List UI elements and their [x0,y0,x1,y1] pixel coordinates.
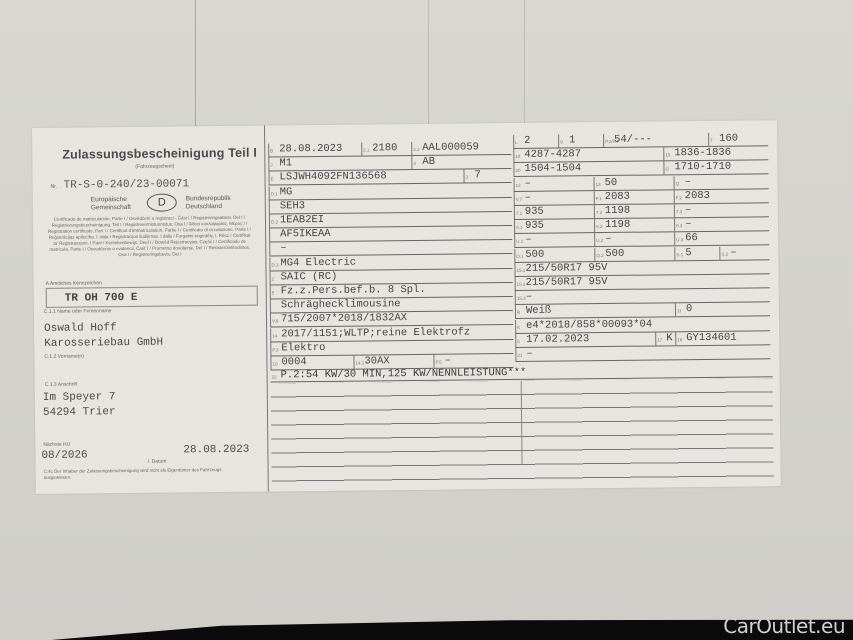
remarks-lines [271,378,774,483]
field-value: 1EAB2EI [280,214,324,226]
field-value: 1710-1710 [674,161,731,174]
field-code: 11 [677,305,682,317]
address-line: Im Speyer 7 [43,390,116,406]
field-code: 20 [515,164,520,176]
field-cell: D.3MG4 Electric [269,255,512,271]
field-cell: 37 [463,169,511,183]
remarks-divider [521,381,523,465]
first-name-label: C.1.2 Vorname(n) [44,353,84,359]
field-code: 7.2 [596,206,602,218]
holder-label: C.1.1 Name oder Firmenname [44,308,112,315]
field-code: P.5 [435,356,441,368]
hu-label: Nächste HU [43,442,70,448]
field-cell: 110 [675,303,770,317]
field-cell: U.1– [514,234,594,248]
field-cell: SEH3 [269,198,512,214]
field-cell: U.2– [594,233,674,247]
field-cell: B28.08.2023 [268,143,361,157]
field-value: 215/50R17 95V [525,262,607,275]
field-code: B [270,144,273,156]
field-code: P.2/P.4 [605,135,619,147]
field-cell: O.2500 [594,247,674,261]
field-code: K [517,320,520,332]
field-cell: F.22083 [674,189,769,203]
field-code: R [517,306,520,318]
field-value: 66 [685,232,698,244]
next-inspection: 08/2026 [41,449,87,461]
field-cell: 5Fz.z.Pers.bef.b. 8 Spl. [270,283,513,299]
field-value: – [280,243,286,255]
field-value: K [666,332,672,344]
field-cell: P.5– [433,354,513,368]
field-cell: 7.21198 [594,204,674,218]
field-cell: 184287-4287 [513,148,663,163]
field-code: 21 [517,349,522,361]
field-code: V.7 [516,193,522,205]
field-value: M1 [279,157,292,169]
field-cell: 8.21198 [594,218,674,232]
field-value: 5 [685,247,691,259]
field-value: 1504-1504 [524,163,581,176]
field-cell: 2SAIC (RC) [270,269,513,285]
carOutlet-watermark: CarOutlet.eu [723,614,845,638]
field-cell: 7.3– [674,203,769,217]
field-value: AB [422,156,435,168]
field-value: 2017/1151;WLTP;reine Elektrofz [281,326,470,340]
field-code: J [270,159,272,171]
field-cell: 4AB [411,155,511,169]
field-cell: V.7– [514,191,594,205]
field-value: 935 [525,220,544,232]
field-cell: D.1MG [269,184,512,200]
address-label: C.1.3 Anschrift [45,382,78,388]
field-value: Weiß [526,305,551,317]
field-code: 17 [657,333,662,345]
field-value: 935 [525,206,544,218]
field-cell: 1350 [594,176,674,190]
field-value: 1 [569,134,575,146]
document-number-value: TR-S-0-240/23-00071 [64,178,190,191]
field-code: T [710,134,713,146]
field-value: AAL000059 [422,141,479,154]
field-cell: 21– [515,345,770,361]
field-value: MG [280,186,293,198]
field-cell: 191836-1836 [663,146,768,160]
field-code: U.3 [676,234,683,246]
field-cell: 201504-1504 [513,162,663,177]
field-value: LSJWH4092FN136568 [279,171,386,184]
field-code: 8.1 [516,221,522,233]
field-cell: RWeiß [515,304,675,319]
field-cell: JM1 [268,156,411,170]
field-value: 1836-1836 [674,147,731,160]
holder-line: Oswald Hoff [44,321,163,337]
holder-panel: Zulassungsbescheinigung Teil I (Fahrzeug… [32,126,269,494]
field-code: 18 [515,150,520,162]
address-line: 54294 Trier [43,405,116,421]
field-cell: 17K [655,332,675,345]
eu-label-line: Gemeinschaft [91,204,131,212]
field-code: 8.3 [676,219,682,231]
field-value: 2 [524,135,530,147]
field-value: Elektro [281,342,325,354]
country-label-line: Bundesrepublik [186,195,231,203]
field-code: E [270,173,273,185]
field-value: 17.02.2023 [526,333,589,346]
field-code: 14.1 [355,357,364,369]
vehicle-fields-left: B28.08.20232.121802.2AAL000059JM14ABELSJ… [268,141,513,144]
field-value: – [685,204,691,216]
field-code: 7.1 [516,207,522,219]
remarks-text: P.2:54 KW/30 MIN,125 KW/NENNLEISTUNG*** [281,367,527,382]
field-cell: S.2– [719,246,769,260]
field-cell: 15.1215/50R17 95V [514,260,769,276]
field-code: 14 [272,329,277,341]
field-cell: 8.3– [674,217,769,231]
field-code: 16 [677,333,682,345]
field-code: U.1 [516,235,523,247]
field-code: D.2 [271,215,278,227]
field-code: 13 [596,178,601,190]
field-code: O.1 [516,249,523,261]
field-value: 215/50R17 95V [526,276,608,289]
field-value: 715/2007*2018/1832AX [281,312,407,325]
field-code: 4 [413,157,416,169]
field-value: 30AX [364,355,389,367]
field-value: – [730,246,736,258]
field-value: AF5IKEAA [280,228,331,241]
field-code: G [665,163,669,175]
field-value: 7 [474,170,480,182]
paper-crease [195,0,196,136]
field-code: 22 [272,370,277,383]
field-cell: G1710-1710 [663,161,768,175]
field-cell: 7.1935 [514,205,594,219]
field-value: 160 [719,133,738,145]
country-label-line: Deutschland [186,203,231,211]
field-value: 1198 [605,205,630,217]
field-value: – [526,291,532,303]
field-cell: Schräghecklimousine [270,297,513,313]
field-cell: 91 [558,134,603,147]
field-cell: U.366 [674,232,769,246]
field-cell: 100004 [270,356,353,370]
field-cell: 16GY134601 [675,331,770,345]
registration-certificate: Zulassungsbescheinigung Teil I (Fahrzeug… [32,120,781,494]
field-value: – [525,234,531,246]
field-value: – [444,355,450,367]
document-number-prefix: Nr. [51,184,57,190]
country-badge-icon: D [147,193,177,211]
field-value: – [605,233,611,245]
field-value: 54/--- [614,134,652,146]
field-code: S.1 [676,248,683,260]
field-code: 6 [517,335,520,347]
field-code: 5 [272,286,275,298]
document-title: Zulassungsbescheinigung Teil I [62,146,257,162]
field-code: V.9 [272,315,278,327]
field-value: 4287-4287 [524,148,581,161]
field-cell: 14.130AX [353,355,433,369]
country-label: Bundesrepublik Deutschland [186,195,231,211]
field-cell: T160 [708,132,768,146]
field-cell: 617.02.2023 [515,332,655,346]
field-code: O.2 [596,249,603,261]
field-value: – [526,348,532,360]
field-code: L [515,136,518,148]
field-code: 2.2 [413,143,419,155]
field-value: 500 [605,247,624,259]
vehicle-fields-right: L291P.2/P.454/---T160184287-4287191836-1… [512,132,771,135]
issue-date: 28.08.2023 [183,444,249,457]
field-value: 50 [605,176,618,188]
field-code: 15.3 [517,292,526,304]
field-cell: F.12083 [594,190,674,204]
multilingual-title: Certificado de matriculación, Parte I / … [47,215,252,259]
date-label: I. Datum [147,459,166,465]
field-code: P.3 [272,343,278,355]
field-cell: 2.12180 [361,142,411,156]
field-code: D.1 [271,187,278,199]
field-code: F.1 [596,192,602,204]
field-value: SEH3 [280,200,305,212]
footer-note: C.4c Der Inhaber der Zulassungsbescheini… [44,467,244,481]
field-value: GY134601 [686,331,737,344]
field-value: e4*2018/858*00093*04 [526,318,652,331]
paper-crease [428,0,429,136]
field-cell: 8.1935 [514,219,594,233]
field-row: 21– [515,345,770,362]
field-cell: Ke4*2018/858*00093*04 [515,317,770,333]
field-cell: V.9715/2007*2018/1832AX [270,311,513,327]
field-value: 500 [525,248,544,260]
field-code: 2 [272,272,275,284]
plate-box: TR OH 700 E [46,286,258,308]
field-value: 0 [686,303,692,315]
field-value: – [685,218,691,230]
field-code: 12 [516,178,521,190]
field-cell: 15.2215/50R17 95V [515,274,770,290]
field-code: 7.3 [676,205,682,217]
field-code: 3 [465,171,468,183]
field-value: – [525,192,531,204]
eu-label: Europäische Gemeinschaft [91,196,131,212]
field-cell: 142017/1151;WLTP;reine Elektrofz [270,326,513,342]
field-code: S.2 [721,247,728,259]
field-cell: O.1500 [514,248,594,262]
field-value: – [685,176,691,188]
field-cell: – [269,240,512,256]
holder-address: Im Speyer 7 54294 Trier [43,390,116,421]
paper-crease [524,0,525,136]
field-code: 10 [272,357,277,369]
field-value: 1198 [605,219,630,231]
field-code: 9 [560,135,563,147]
field-cell: D.21EAB2EI [269,212,512,228]
field-cell: 15.3– [515,288,770,304]
field-value: Fz.z.Pers.bef.b. 8 Spl. [281,284,426,298]
field-value: Schräghecklimousine [281,298,401,311]
field-code: 8.2 [596,220,602,232]
field-value: MG4 Electric [280,256,356,269]
field-code: F.2 [676,191,682,203]
document-number: Nr. TR-S-0-240/23-00071 [51,178,190,191]
field-cell: L2 [513,134,558,147]
field-code: 15.1 [516,264,525,276]
field-cell: Q– [674,175,769,189]
field-cell: S.15 [674,246,719,259]
license-plate: TR OH 700 E [65,292,138,305]
field-cell: ELSJWH4092FN136568 [268,170,463,185]
field-cell: 12– [514,177,594,191]
field-cell: AF5IKEAA [269,226,512,242]
field-value: 0004 [281,356,306,368]
field-value: 28.08.2023 [279,143,342,156]
field-value: 2180 [372,142,397,154]
field-value: SAIC (RC) [281,271,338,284]
holder-line: Karosseriebau GmbH [44,336,163,352]
field-code: D.3 [271,258,278,270]
field-code: 19 [665,149,670,161]
field-value: – [525,177,531,189]
field-code: U.2 [596,234,603,246]
field-value: 2083 [685,190,710,202]
field-code: 2.1 [363,143,369,155]
plate-label: A Amtliches Kennzeichen [46,280,102,287]
field-code: Q [676,177,680,189]
holder-name: Oswald Hoff Karosseriebau GmbH [44,321,163,352]
document-subtitle: (Fahrzeugschein) [135,164,174,170]
field-value: 2083 [605,191,630,203]
field-cell: P.2/P.454/--- [603,133,708,147]
field-code: 15.2 [517,278,526,290]
field-cell: P.3Elektro [270,340,513,356]
field-cell: 2.2AAL000059 [411,141,511,155]
